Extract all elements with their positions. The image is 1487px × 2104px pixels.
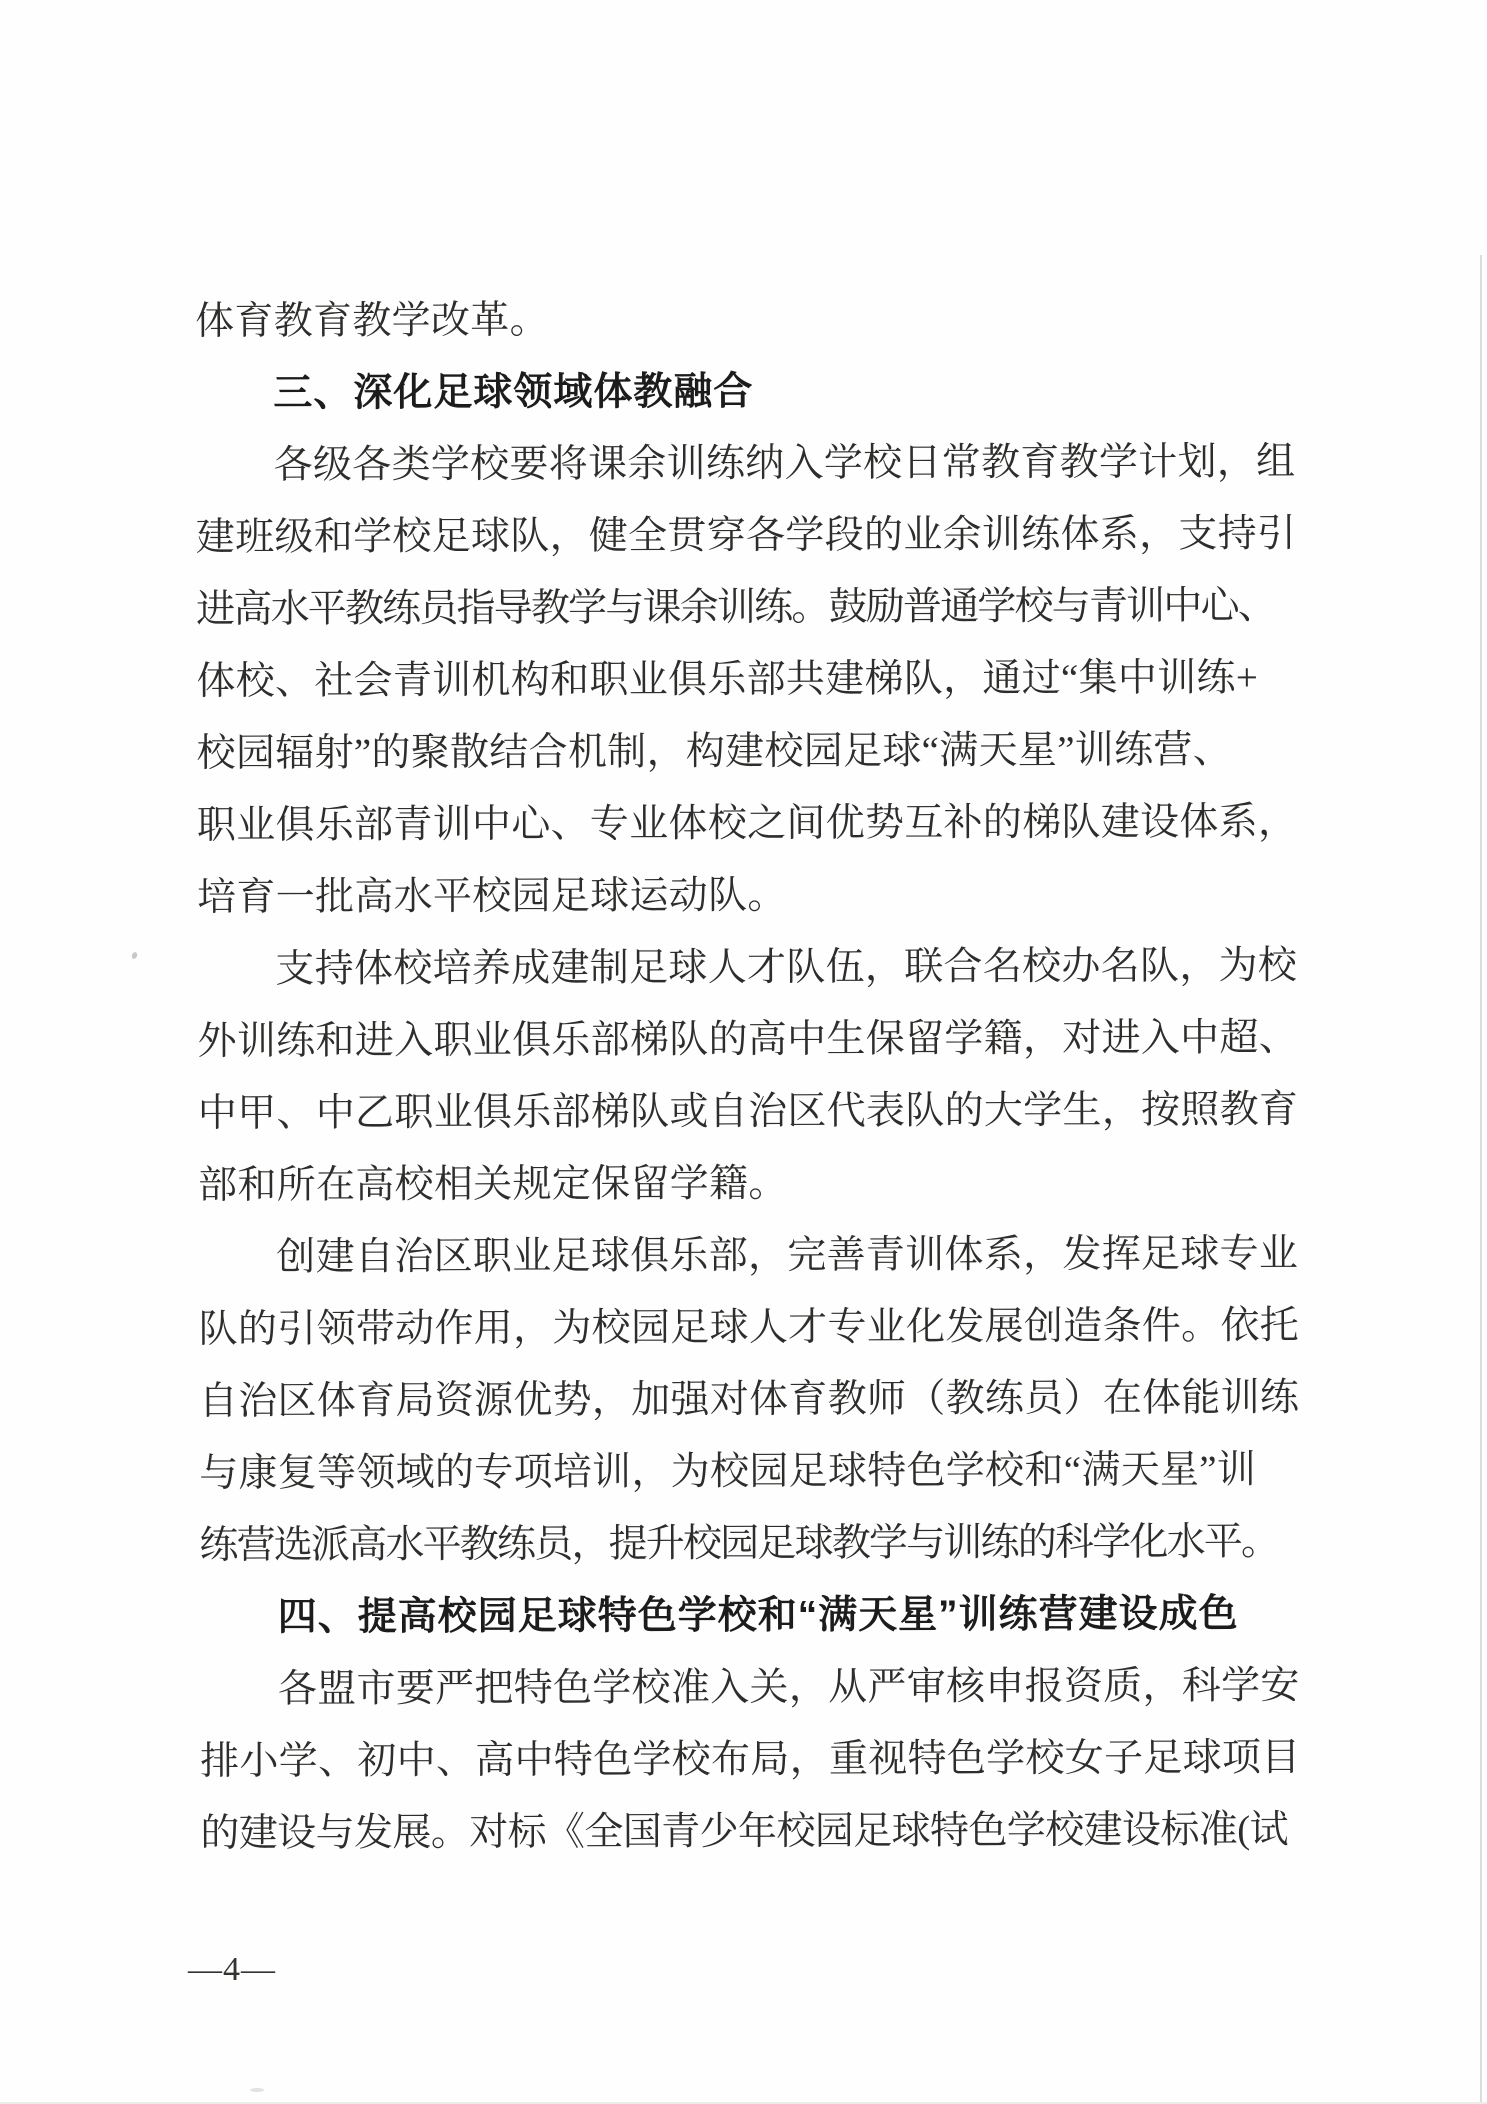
text-line: 排小学、初中、高中特色学校布局，重视特色学校女子足球项目	[200, 1722, 1310, 1798]
text-line: 部和所在高校相关规定保留学籍。	[198, 1146, 1308, 1222]
scanned-document-page: 体育教育教学改革。 三、深化足球领域体教融合 各级各类学校要将课余训练纳入学校日…	[0, 0, 1487, 2104]
text-line: 培育一批高水平校园足球运动队。	[197, 858, 1307, 934]
text-line: 校园辐射”的聚散结合机制，构建校园足球“满天星”训练营、	[197, 714, 1307, 790]
text-line: 职业俱乐部青训中心、专业体校之间优势互补的梯队建设体系，	[197, 786, 1307, 862]
text-line: 各级各类学校要将课余训练纳入学校日常教育教学计划，组	[196, 426, 1306, 502]
text-line: 的建设与发展。对标《全国青少年校园足球特色学校建设标准(试	[200, 1794, 1310, 1870]
text-line: 中甲、中乙职业俱乐部梯队或自治区代表队的大学生，按照教育	[198, 1074, 1308, 1150]
page-number: —4—	[188, 1950, 276, 1990]
text-line: 创建自治区职业足球俱乐部，完善青训体系，发挥足球专业	[198, 1218, 1308, 1294]
text-line: 外训练和进入职业俱乐部梯队的高中生保留学籍，对进入中超、	[198, 1002, 1308, 1078]
text-line: 体育教育教学改革。	[195, 282, 1305, 358]
text-line: 与康复等领域的专项培训，为校园足球特色学校和“满天星”训	[199, 1434, 1309, 1510]
text-line: 进高水平教练员指导教学与课余训练。鼓励普通学校与青训中心、	[196, 570, 1306, 646]
text-line: 队的引领带动作用，为校园足球人才专业化发展创造条件。依托	[199, 1290, 1309, 1366]
section-heading-four: 四、提高校园足球特色学校和“满天星”训练营建设成色	[200, 1578, 1310, 1654]
scan-speck	[250, 2088, 264, 2092]
scan-speck	[131, 951, 138, 959]
text-line: 练营选派高水平教练员，提升校园足球教学与训练的科学化水平。	[199, 1506, 1309, 1582]
document-text-block: 体育教育教学改革。 三、深化足球领域体教融合 各级各类学校要将课余训练纳入学校日…	[195, 282, 1311, 1870]
text-line: 各盟市要严把特色学校准入关，从严审核申报资质，科学安	[200, 1650, 1310, 1726]
scan-edge-line	[1480, 255, 1482, 2104]
text-line: 支持体校培养成建制足球人才队伍，联合名校办名队，为校	[197, 930, 1307, 1006]
text-line: 自治区体育局资源优势，加强对体育教师（教练员）在体能训练	[199, 1362, 1309, 1438]
text-line: 体校、社会青训机构和职业俱乐部共建梯队，通过“集中训练+	[196, 642, 1306, 718]
text-line: 建班级和学校足球队，健全贯穿各学段的业余训练体系，支持引	[196, 498, 1306, 574]
section-heading-three: 三、深化足球领域体教融合	[195, 354, 1305, 430]
